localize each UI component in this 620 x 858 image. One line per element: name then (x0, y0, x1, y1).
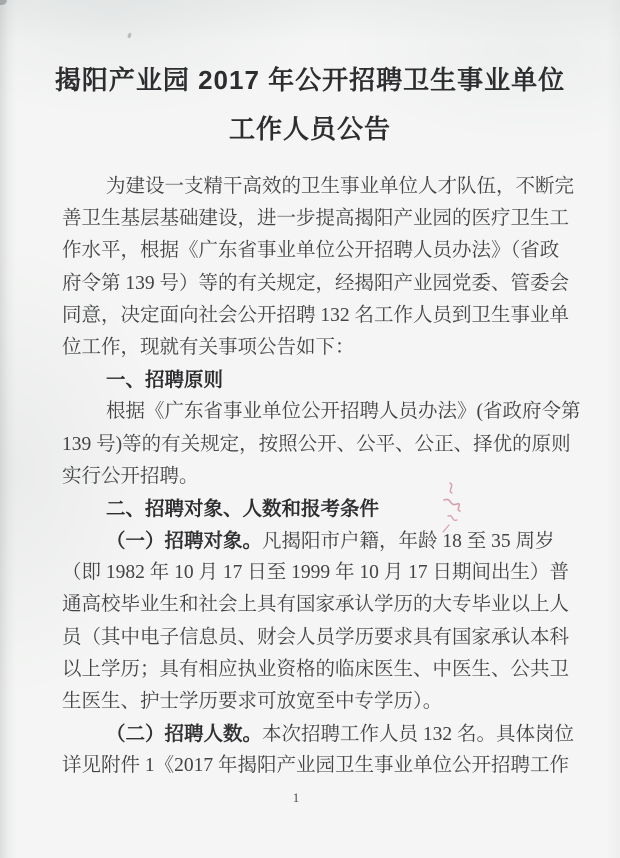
paragraph-line: 府令第 139 号）等的有关规定，经揭阳产业园党委、管委会 (62, 268, 554, 300)
paragraph-line: 以上学历；具有相应执业资格的临床医生、中医生、公共卫 (62, 654, 554, 686)
section-heading-1: 一、招聘原则 (62, 364, 554, 396)
paragraph-line: （二）招聘人数。本次招聘工作人员 132 名。具体岗位 (62, 718, 554, 750)
page-number: 1 (288, 790, 304, 806)
paragraph-line: 实行公开招聘。 (62, 461, 554, 493)
paragraph-line: 根据《广东省事业单位公开招聘人员办法》(省政府令第 (62, 396, 554, 428)
paragraph-line: 同意，决定面向社会公开招聘 132 名工作人员到卫生事业单 (62, 300, 554, 332)
red-pen-mark (436, 480, 472, 536)
paragraph-line: 为建设一支精干高效的卫生事业单位人才队伍，不断完 (62, 171, 554, 203)
paragraph-line: 详见附件 1《2017 年揭阳产业园卫生事业单位公开招聘工作 (62, 750, 554, 782)
scan-speck (127, 33, 132, 39)
document-body: 为建设一支精干高效的卫生事业单位人才队伍，不断完 善卫生基层基础建设，进一步提高… (62, 171, 554, 783)
paragraph-line: 通高校毕业生和社会上具有国家承认学历的大专毕业以上人 (62, 589, 554, 621)
paragraph-line: 位工作，现就有关事项公告如下： (62, 332, 554, 364)
document-title-line-1: 揭阳产业园 2017 年公开招聘卫生事业单位 (0, 56, 620, 105)
subsection-label-2: （二）招聘人数。 (106, 723, 262, 745)
paragraph-line: 139 号)等的有关规定，按照公开、公平、公正、择优的原则 (62, 429, 554, 461)
paragraph-line: （即 1982 年 10 月 17 日至 1999 年 10 月 17 日期间出… (62, 557, 554, 589)
paragraph-line: 生医生、护士学历要求可放宽至中专学历）。 (62, 686, 554, 718)
paragraph-text: 本次招聘工作人员 132 名。具体岗位 (262, 724, 574, 745)
paragraph-text: 凡揭阳市户籍，年龄 18 至 35 周岁 (262, 531, 555, 552)
paragraph-line: （一）招聘对象。凡揭阳市户籍，年龄 18 至 35 周岁 (62, 525, 554, 557)
scanned-document-page: 揭阳产业园 2017 年公开招聘卫生事业单位 工作人员公告 为建设一支精干高效的… (0, 0, 620, 858)
paragraph-line: 善卫生基层基础建设，进一步提高揭阳产业园的医疗卫生工 (62, 203, 554, 235)
scan-speck (168, 70, 170, 73)
document-title-line-2: 工作人员公告 (0, 105, 620, 154)
paragraph-line: 员（其中电子信息员、财会人员学历要求具有国家承认本科 (62, 622, 554, 654)
subsection-label-1: （一）招聘对象。 (106, 530, 262, 552)
paragraph-line: 作水平，根据《广东省事业单位公开招聘人员办法》（省政 (62, 235, 554, 267)
document-title: 揭阳产业园 2017 年公开招聘卫生事业单位 工作人员公告 (0, 56, 620, 154)
section-heading-2: 二、招聘对象、人数和报考条件 (62, 493, 554, 525)
scan-corner-mark (0, 0, 7, 5)
